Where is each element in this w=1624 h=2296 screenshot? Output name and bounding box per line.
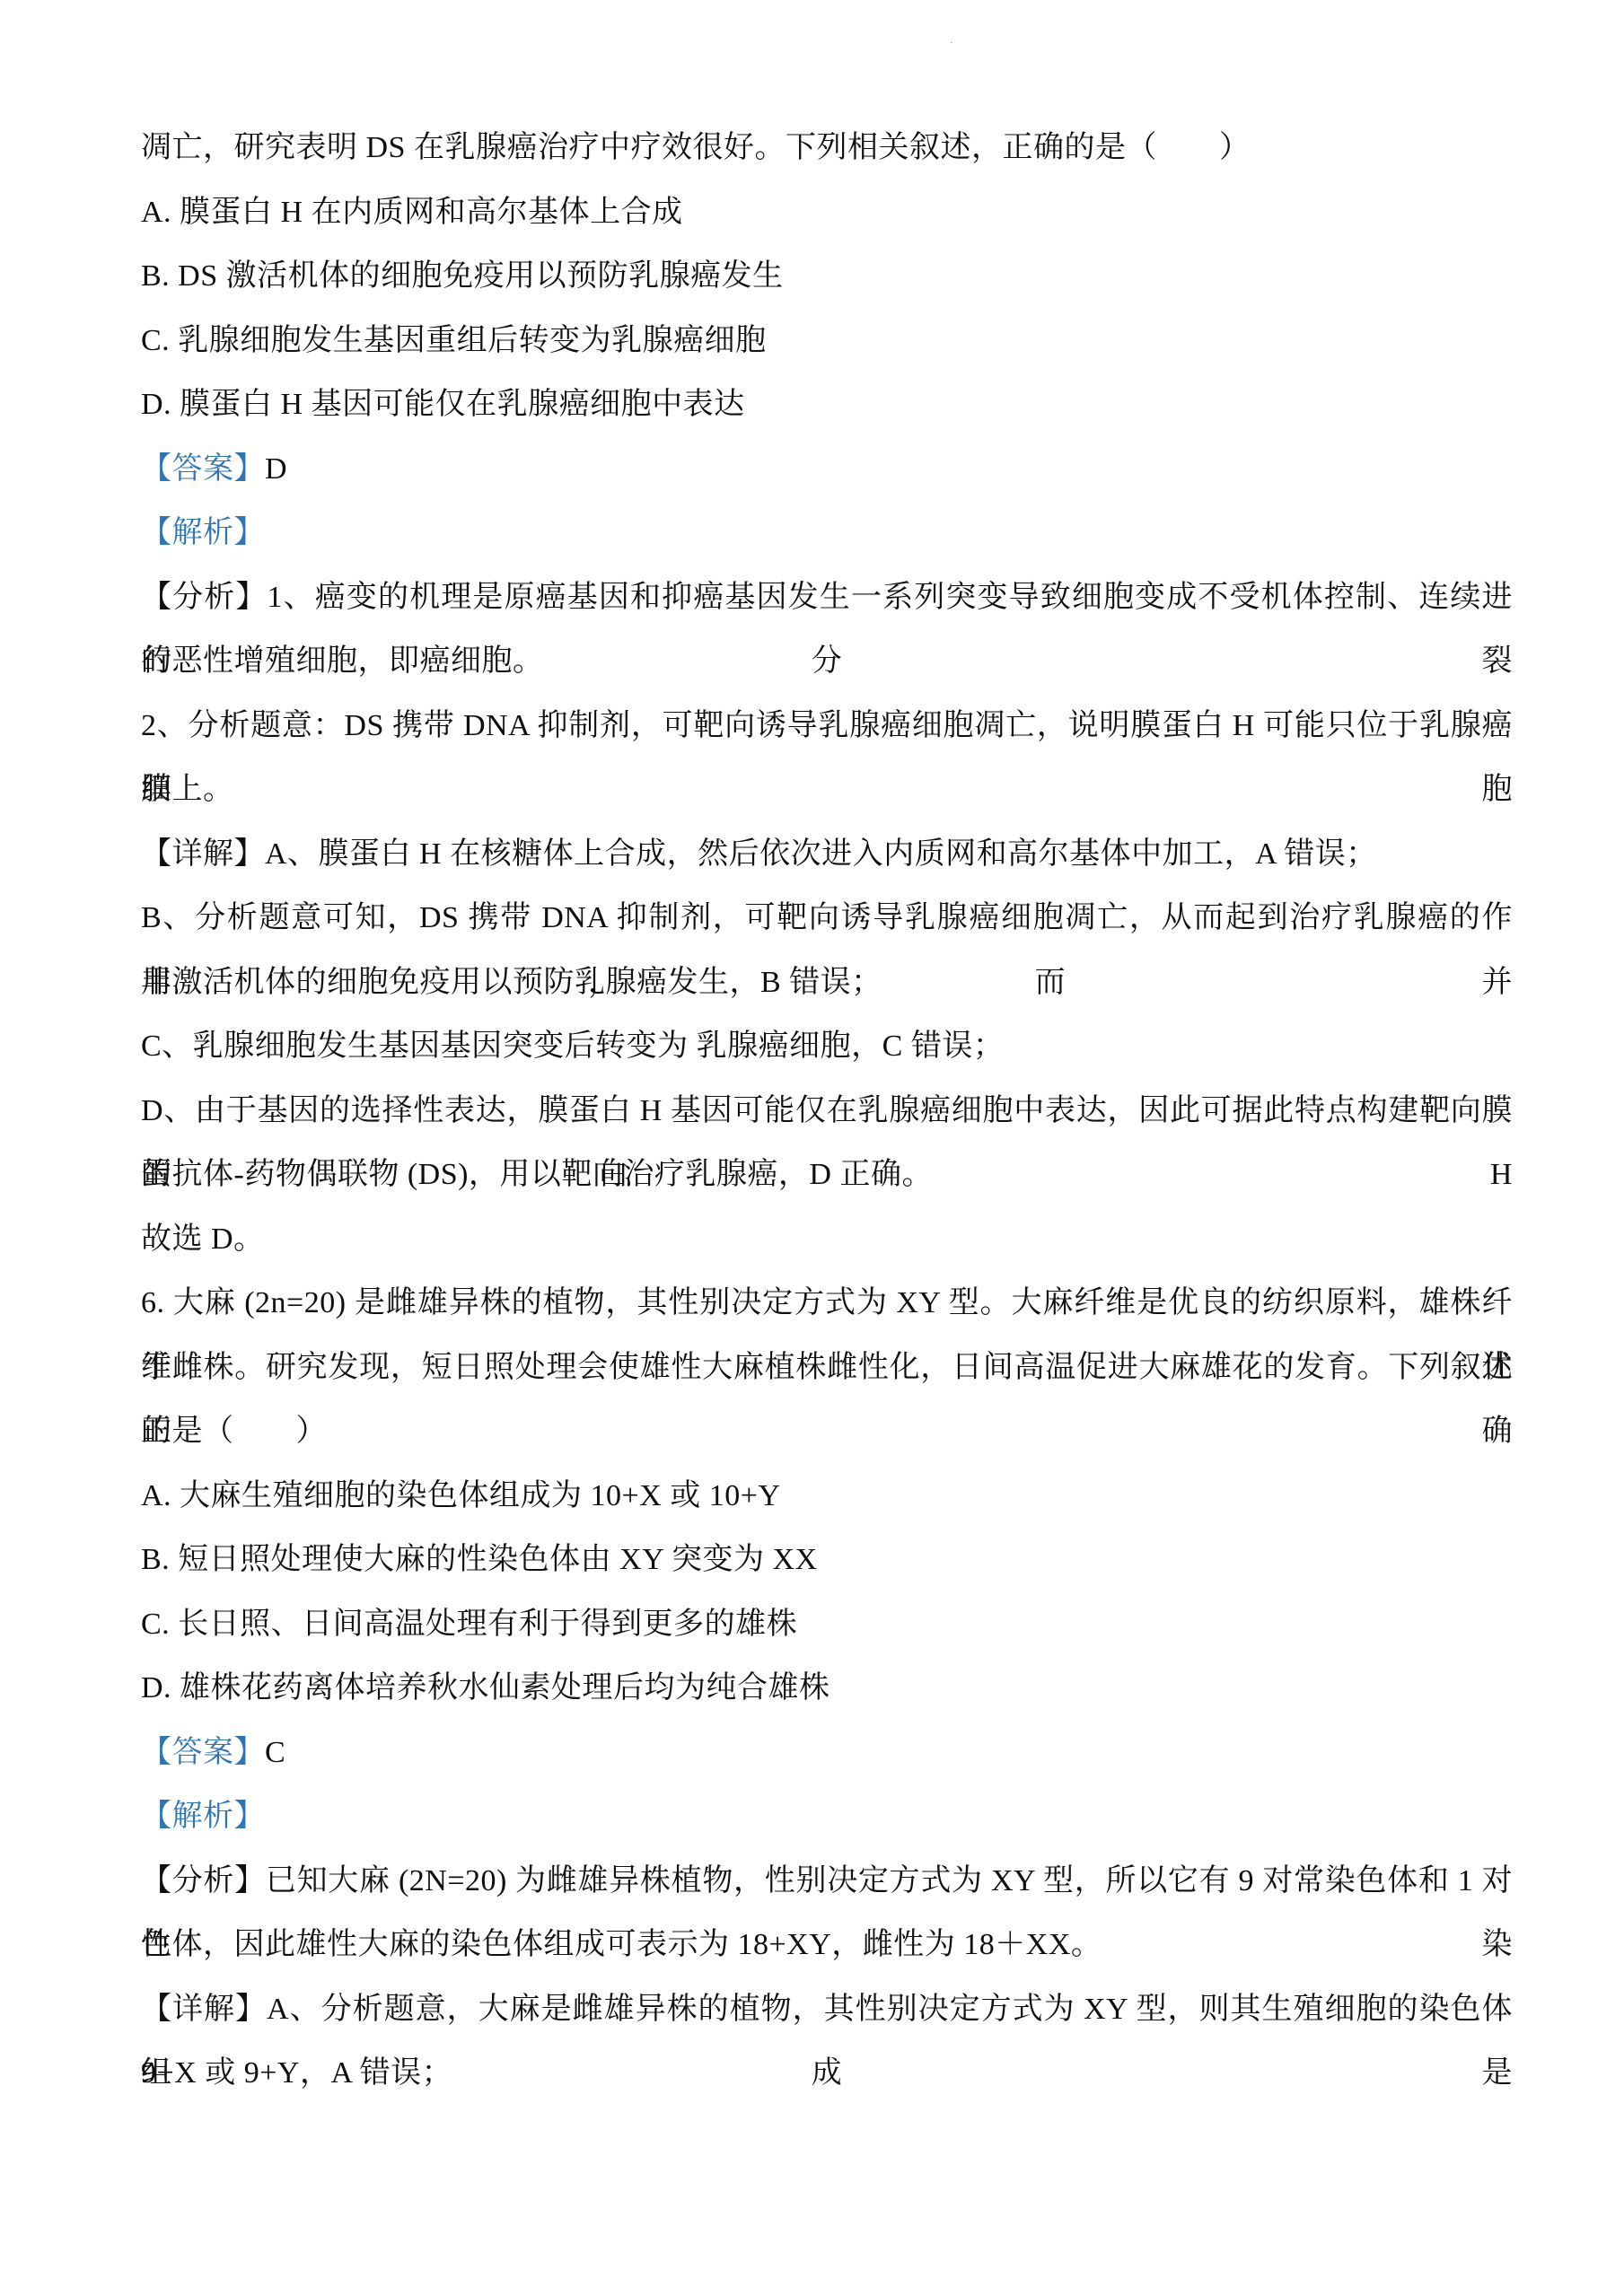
section-label: 【答案】 — [141, 452, 265, 486]
text-line-10: 2、分析题意：DS 携带 DNA 抑制剂，可靶向诱导乳腺癌细胞凋亡，说明膜蛋白 … — [141, 694, 1513, 758]
text-line-5: D. 膜蛋白 H 基因可能仅在乳腺癌细胞中表达 — [141, 372, 1513, 437]
text-line-23: B. 短日照处理使大麻的性染色体由 XY 突变为 XX — [141, 1528, 1513, 1592]
text-line-15: C、乳腺细胞发生基因基因突变后转变为 乳腺癌细胞，C 错误； — [141, 1014, 1513, 1079]
text-line-16: D、由于基因的选择性表达，膜蛋白 H 基因可能仅在乳腺癌细胞中表达，因此可据此特… — [141, 1079, 1513, 1144]
text-run: 9+X 或 9+Y，A 错误； — [141, 2056, 452, 2090]
text-line-3: B. DS 激活机体的细胞免疫用以预防乳腺癌发生 — [141, 244, 1513, 309]
document-page: { "stray_mark": "·", "colors": { "label_… — [0, 0, 1624, 2296]
text-run: A. 膜蛋白 H 在内质网和高尔基体上合成 — [141, 196, 683, 229]
text-run: 色体，因此雄性大麻的染色体组成可表示为 18+XY，雌性为 18＋XX。 — [141, 1928, 1102, 1961]
text-line-8: 【分析】1、癌变的机理是原癌基因和抑癌基因发生一系列突变导致细胞变成不受机体控制… — [141, 565, 1513, 630]
text-line-20: 于雌株。研究发现，短日照处理会使雄性大麻植株雌性化，日间高温促进大麻雄花的发育。… — [141, 1336, 1513, 1400]
text-line-6: 【答案】D — [141, 437, 1513, 502]
text-run: D. 膜蛋白 H 基因可能仅在乳腺癌细胞中表达 — [141, 388, 745, 421]
text-line-7: 【解析】 — [141, 501, 1513, 565]
text-run: B. 短日照处理使大麻的性染色体由 XY 突变为 XX — [141, 1543, 818, 1576]
section-label: 【解析】 — [141, 1800, 265, 1833]
text-line-22: A. 大麻生殖细胞的染色体组成为 10+X 或 10+Y — [141, 1464, 1513, 1529]
text-line-19: 6. 大麻 (2n=20) 是雌雄异株的植物，其性别决定方式为 XY 型。大麻纤… — [141, 1271, 1513, 1336]
text-run: C — [265, 1736, 285, 1769]
text-run: 的是（ ） — [141, 1415, 327, 1448]
text-line-24: C. 长日照、日间高温处理有利于得到更多的雄株 — [141, 1592, 1513, 1657]
document-body: 凋亡，研究表明 DS 在乳腺癌治疗中疗效很好。下列相关叙述，正确的是（ ）A. … — [141, 116, 1513, 2106]
text-run: A. 大麻生殖细胞的染色体组成为 10+X 或 10+Y — [141, 1479, 781, 1512]
text-run: 【详解】A、膜蛋白 H 在核糖体上合成，然后依次进入内质网和高尔基体中加工，A … — [141, 837, 1377, 871]
stray-scan-mark: · — [950, 40, 954, 47]
text-line-30: 【详解】A、分析题意，大麻是雌雄异株的植物，其性别决定方式为 XY 型，则其生殖… — [141, 1977, 1513, 2042]
text-run: 凋亡，研究表明 DS 在乳腺癌治疗中疗效很好。下列相关叙述，正确的是（ ） — [141, 131, 1250, 164]
text-run: 于雌株。研究发现，短日照处理会使雄性大麻植株雌性化，日间高温促进大麻雄花的发育。… — [141, 1351, 1513, 1449]
text-run: 故选 D。 — [141, 1222, 265, 1256]
text-run: D — [265, 452, 287, 486]
text-run: 的抗体-药物偶联物 (DS)，用以靶向治疗乳腺癌，D 正确。 — [141, 1158, 933, 1191]
text-run: C、乳腺细胞发生基因基因突变后转变为 乳腺癌细胞，C 错误； — [141, 1030, 1004, 1063]
text-run: 非激活机体的细胞免疫用以预防乳腺癌发生，B 错误； — [141, 966, 882, 999]
text-line-13: B、分析题意可知，DS 携带 DNA 抑制剂，可靶向诱导乳腺癌细胞凋亡，从而起到… — [141, 886, 1513, 951]
text-line-12: 【详解】A、膜蛋白 H 在核糖体上合成，然后依次进入内质网和高尔基体中加工，A … — [141, 822, 1513, 887]
section-label: 【答案】 — [141, 1736, 265, 1769]
section-label: 【解析】 — [141, 516, 265, 549]
text-run: 2、分析题意：DS 携带 DNA 抑制剂，可靶向诱导乳腺癌细胞凋亡，说明膜蛋白 … — [141, 709, 1513, 807]
text-run: D. 雄株花药离体培养秋水仙素处理后均为纯合雄株 — [141, 1671, 830, 1704]
text-line-28: 【分析】已知大麻 (2N=20) 为雌雄异株植物，性别决定方式为 XY 型，所以… — [141, 1849, 1513, 1914]
text-line-26: 【答案】C — [141, 1721, 1513, 1785]
text-line-4: C. 乳腺细胞发生基因重组后转变为乳腺癌细胞 — [141, 309, 1513, 373]
text-run: C. 长日照、日间高温处理有利于得到更多的雄株 — [141, 1608, 797, 1641]
text-line-18: 故选 D。 — [141, 1207, 1513, 1272]
text-run: 的恶性增殖细胞，即癌细胞。 — [141, 644, 544, 678]
text-line-27: 【解析】 — [141, 1784, 1513, 1849]
text-run: B. DS 激活机体的细胞免疫用以预防乳腺癌发生 — [141, 259, 784, 293]
text-run: 膜上。 — [141, 773, 234, 806]
text-line-1: 凋亡，研究表明 DS 在乳腺癌治疗中疗效很好。下列相关叙述，正确的是（ ） — [141, 116, 1513, 180]
text-line-2: A. 膜蛋白 H 在内质网和高尔基体上合成 — [141, 180, 1513, 245]
text-run: C. 乳腺细胞发生基因重组后转变为乳腺癌细胞 — [141, 324, 767, 357]
text-line-25: D. 雄株花药离体培养秋水仙素处理后均为纯合雄株 — [141, 1656, 1513, 1721]
